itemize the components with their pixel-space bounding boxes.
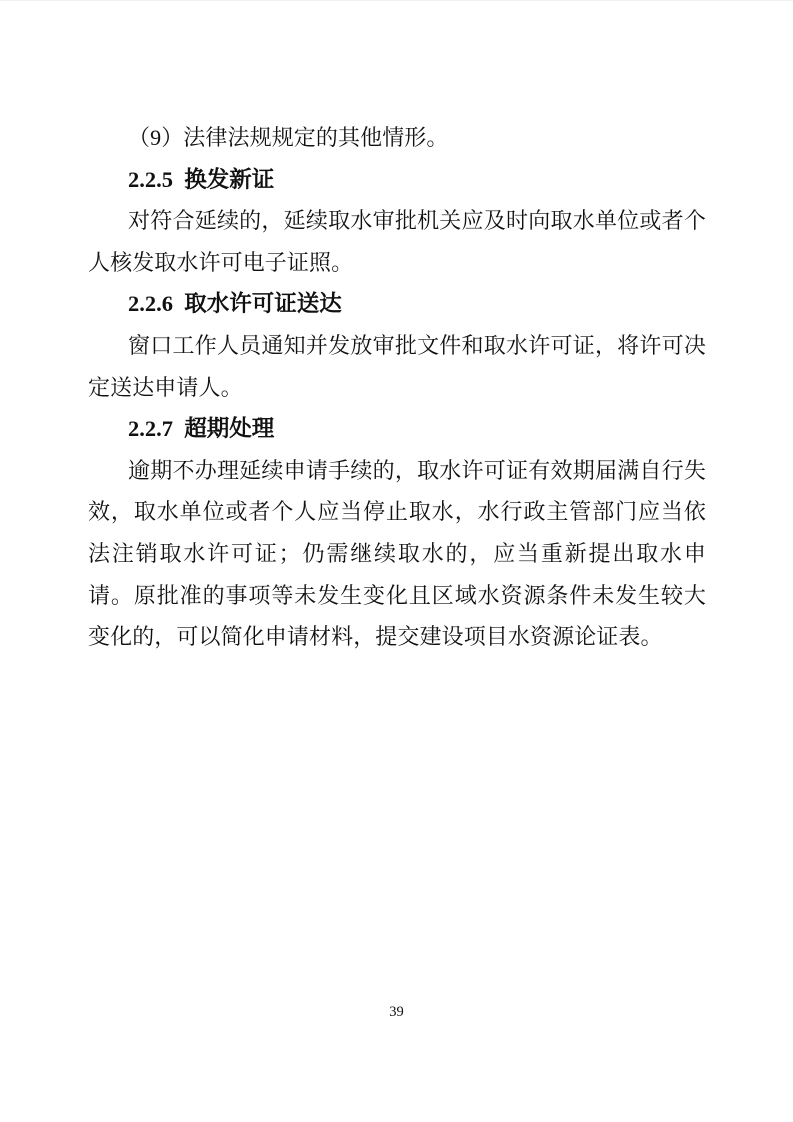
list-item-9: （9）法律法规规定的其他情形。 — [88, 117, 706, 159]
paragraph-certificate-delivery: 窗口工作人员通知并发放审批文件和取水许可证，将许可决定送达申请人。 — [88, 325, 706, 408]
page-number: 39 — [0, 1002, 793, 1022]
paragraph-renew-certificate: 对符合延续的，延续取水审批机关应及时向取水单位或者个人核发取水许可电子证照。 — [88, 200, 706, 283]
document-page: （9）法律法规规定的其他情形。 2.2.5 换发新证 对符合延续的，延续取水审批… — [0, 0, 793, 1122]
document-body: （9）法律法规规定的其他情形。 2.2.5 换发新证 对符合延续的，延续取水审批… — [88, 117, 706, 658]
section-heading-2-2-5: 2.2.5 换发新证 — [88, 159, 706, 201]
paragraph-overdue-handling: 逾期不办理延续申请手续的，取水许可证有效期届满自行失效，取水单位或者个人应当停止… — [88, 450, 706, 658]
section-heading-2-2-6: 2.2.6 取水许可证送达 — [88, 283, 706, 325]
section-heading-2-2-7: 2.2.7 超期处理 — [88, 408, 706, 450]
